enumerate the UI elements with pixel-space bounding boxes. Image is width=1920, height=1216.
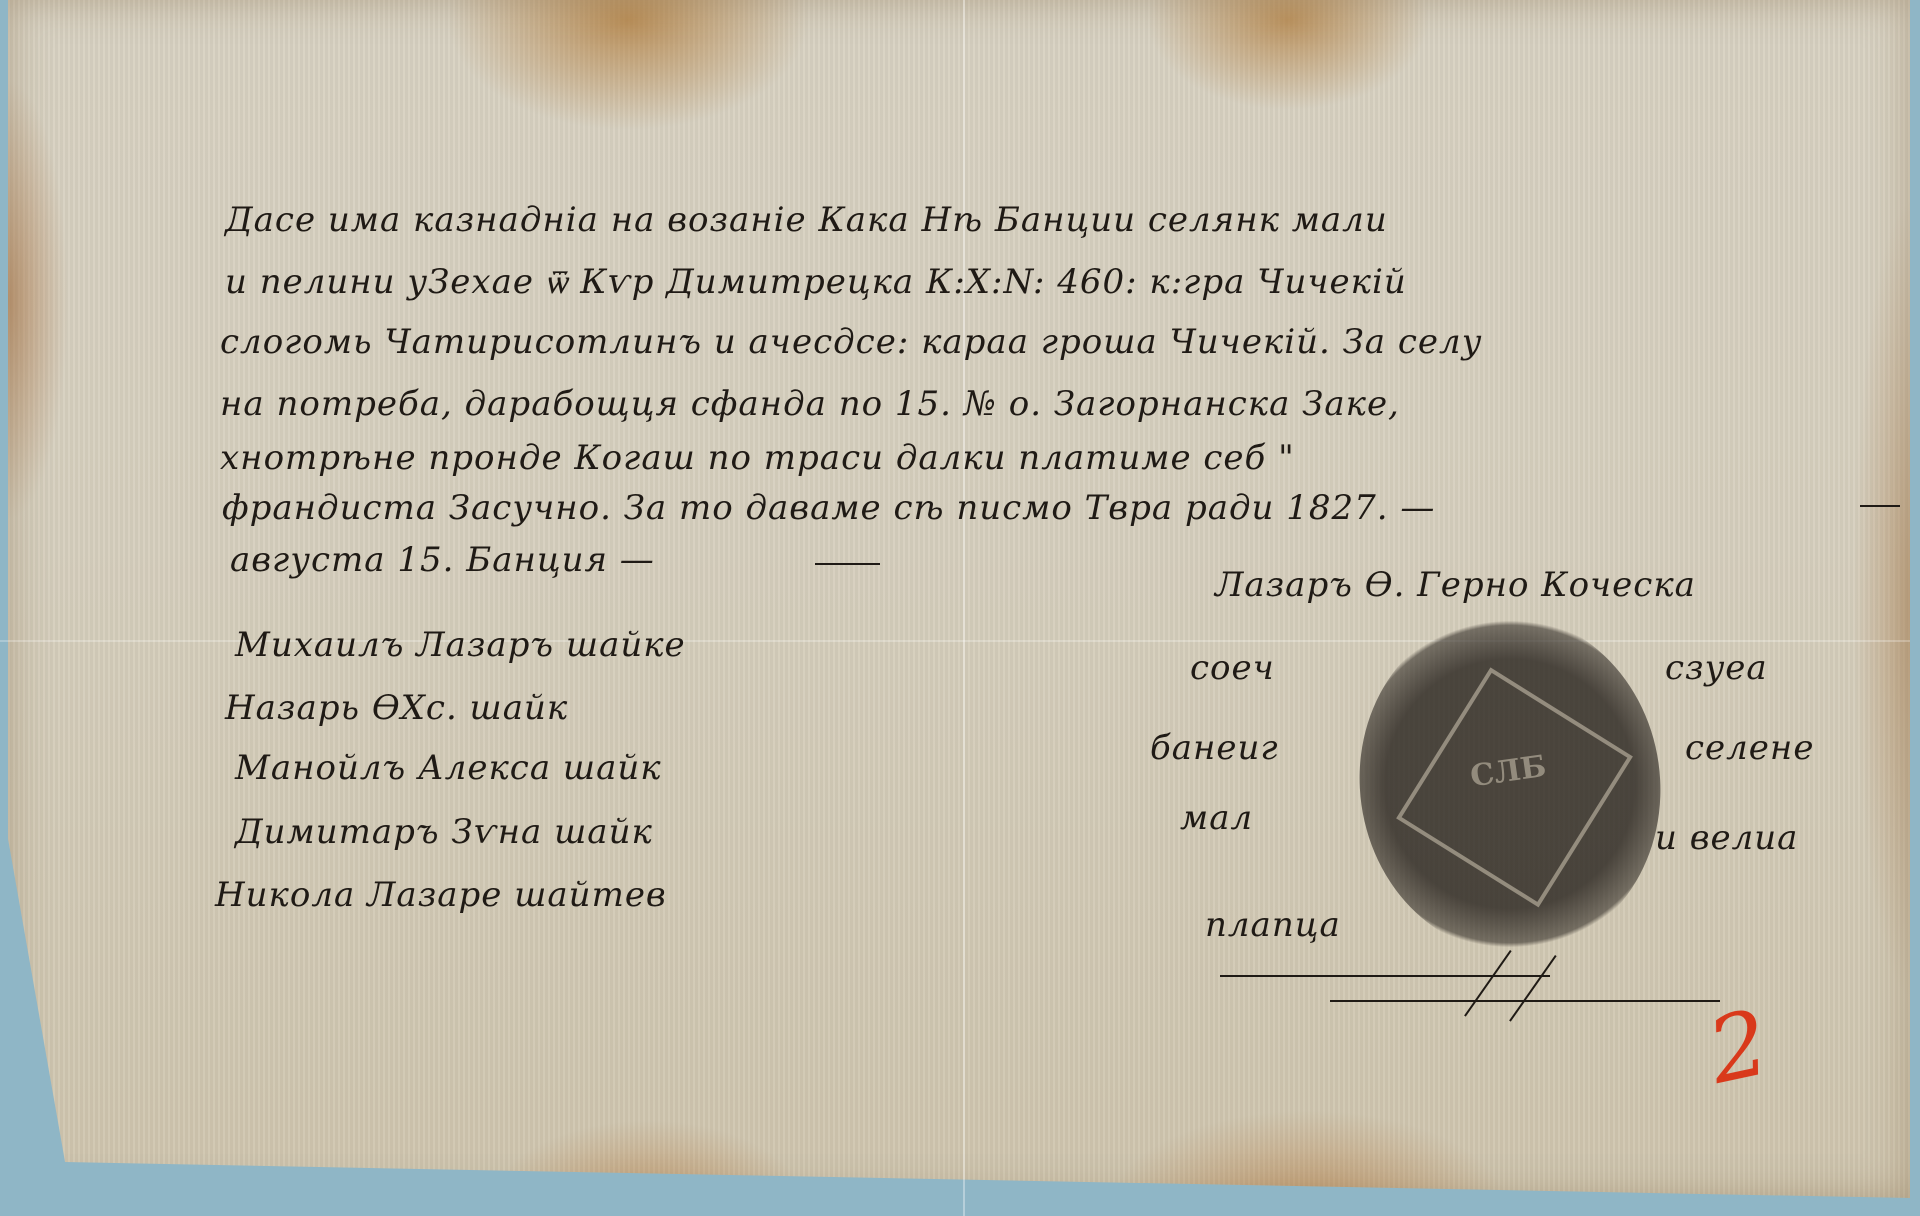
vertical-fold-crease <box>963 0 965 1216</box>
right-right-word-1: сзуеа <box>1665 648 1768 688</box>
right-left-word-2: банеиг <box>1150 728 1279 768</box>
signature-2: Назарь ѲХс. шайк <box>225 688 568 728</box>
date-line-dash <box>815 563 880 565</box>
right-right-word-3: и велиа <box>1655 818 1798 858</box>
right-left-word-4: плапца <box>1205 905 1341 945</box>
right-signature-header: Лазаръ Ѳ. Герно Коческа <box>1215 565 1696 605</box>
body-line-4: на потреба, дарабощця сфанда по 15. № о.… <box>220 384 1400 424</box>
body-line-6: франдиста Засучно. За то даваме сѣ писмо… <box>222 488 1435 528</box>
signature-3: Манойлъ Алекса шайк <box>235 748 662 788</box>
body-line-7-date: августа 15. Банция — <box>230 540 655 580</box>
signature-1: Михаилъ Лазаръ шайке <box>235 625 686 665</box>
signature-underline <box>1220 975 1550 977</box>
right-right-word-2: селене <box>1685 728 1814 768</box>
right-left-word-3: мал <box>1180 798 1253 838</box>
body-line-5: хнотрѣне пронде Когаш по траси далки пла… <box>220 438 1295 478</box>
signature-5: Никола Лазаре шайтев <box>215 875 667 915</box>
body-line-1: Дасе има казнадніа на возаніе Кака Нѣ Ба… <box>225 200 1388 240</box>
signature-4: Димитаръ Зѵна шайк <box>235 812 653 852</box>
right-left-word-1: соеч <box>1190 648 1275 688</box>
line-end-dash <box>1860 505 1900 507</box>
body-line-3: слогомь Чатирисотлинъ и ачесдсе: караа г… <box>220 322 1482 362</box>
body-line-2: и пелини уЗехае ѿ Кѵр Димитрецка К:Х:N: … <box>225 262 1407 302</box>
